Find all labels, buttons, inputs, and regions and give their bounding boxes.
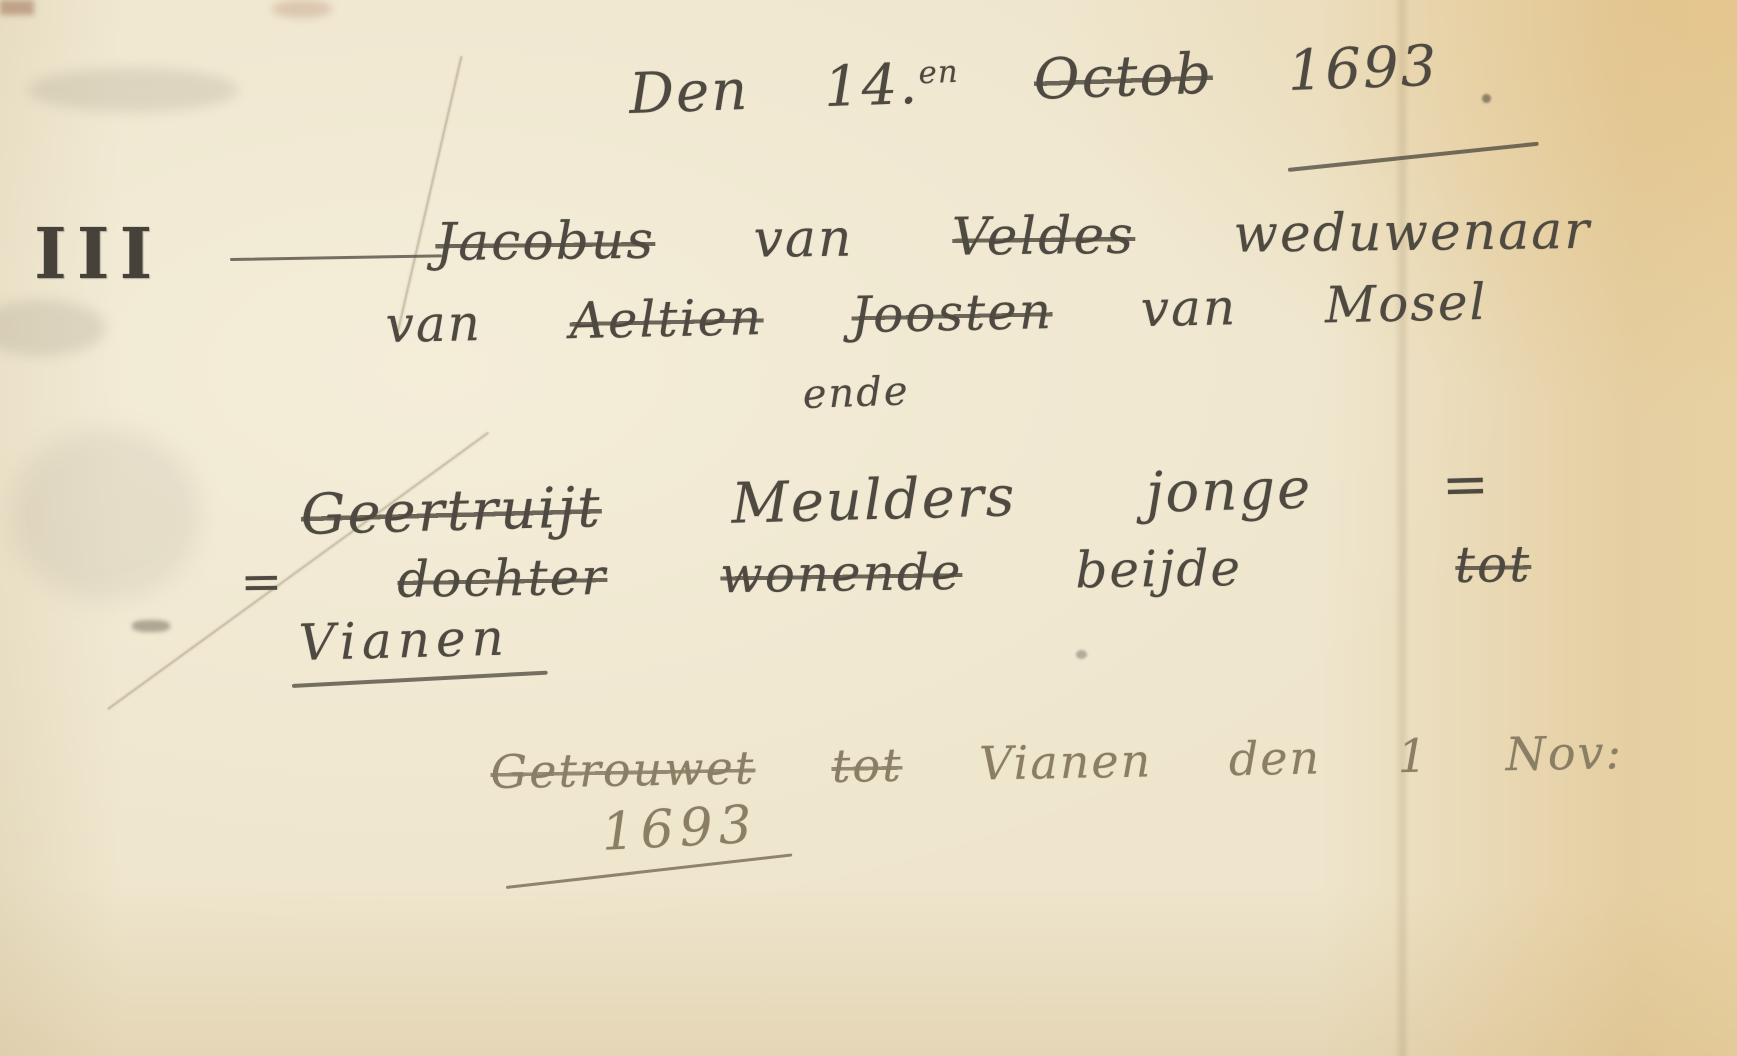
groom-late-wife-line: van Aeltien Joosten van Mosel xyxy=(385,273,1488,354)
marriage-day: 1 xyxy=(1397,729,1429,784)
heading-word-month: Octob xyxy=(1033,42,1215,113)
entry-date-heading: Den 14.en Octob 1693 xyxy=(628,34,1439,127)
heading-word-year: 1693 xyxy=(1287,34,1440,104)
continuation-mark: = xyxy=(1441,452,1492,518)
bride-status-word: dochter xyxy=(397,548,608,609)
late-wife-patronym: Joosten xyxy=(851,282,1054,344)
bride-name-line: Geertruijt Meulders jonge = xyxy=(300,452,1492,548)
word: van xyxy=(1140,278,1237,338)
edge-stain xyxy=(272,0,332,18)
ink-bleed-smudge xyxy=(10,430,200,600)
manuscript-page: III Den 14.en Octob 1693 Jacobus van Vel… xyxy=(0,0,1737,1056)
marriage-month: Nov: xyxy=(1505,725,1623,781)
groom-surname: Veldes xyxy=(952,206,1136,268)
paper-crease xyxy=(397,56,462,331)
heading-word: 14. xyxy=(823,52,920,120)
heading-word: Den xyxy=(628,58,750,127)
marriage-note-word: den xyxy=(1228,731,1321,787)
residence-word: beijde xyxy=(1075,539,1242,599)
bride-surname: Meulders xyxy=(731,464,1018,536)
ink-mark xyxy=(132,620,170,632)
ink-dot xyxy=(1482,94,1491,103)
date-year-underline-stroke xyxy=(1288,142,1539,172)
marriage-note-word: Getrouwet xyxy=(490,740,756,799)
cancellation-stroke xyxy=(230,254,442,261)
groom-status-word: weduwenaar xyxy=(1233,201,1591,265)
bride-first-name: Geertruijt xyxy=(300,475,603,548)
ink-bleed-smudge xyxy=(28,68,238,112)
continuation-mark: = xyxy=(240,552,285,611)
word: van xyxy=(385,294,482,354)
marriage-note-word: tot xyxy=(831,738,903,793)
ink-dot xyxy=(1076,650,1087,659)
bride-status-word: jonge xyxy=(1145,457,1313,526)
marriage-place: Vianen xyxy=(979,733,1153,790)
marriage-year: 1693 xyxy=(600,795,759,863)
late-wife-first-name: Aeltien xyxy=(569,288,764,350)
ink-bleed-smudge xyxy=(0,300,106,356)
groom-name-word: van xyxy=(753,209,853,270)
heading-ordinal-superscript: en xyxy=(918,54,959,91)
corner-stain xyxy=(0,0,34,15)
residence-underline-stroke xyxy=(292,671,548,688)
groom-name-line: Jacobus van Veldes weduwenaar xyxy=(435,201,1591,273)
groom-first-name: Jacobus xyxy=(435,211,655,273)
margin-entry-number: III xyxy=(34,212,162,295)
conjunction-ende: ende xyxy=(802,368,910,418)
late-wife-surname: Mosel xyxy=(1324,273,1488,334)
residence-word: wonende xyxy=(720,543,963,604)
residence-word: tot xyxy=(1455,535,1532,594)
residence-place-name: Vianen xyxy=(298,608,510,672)
bride-residence-line: = dochter wonende beijde tot xyxy=(240,535,1532,611)
marriage-note-line: Getrouwet tot Vianen den 1 Nov: xyxy=(490,725,1623,799)
